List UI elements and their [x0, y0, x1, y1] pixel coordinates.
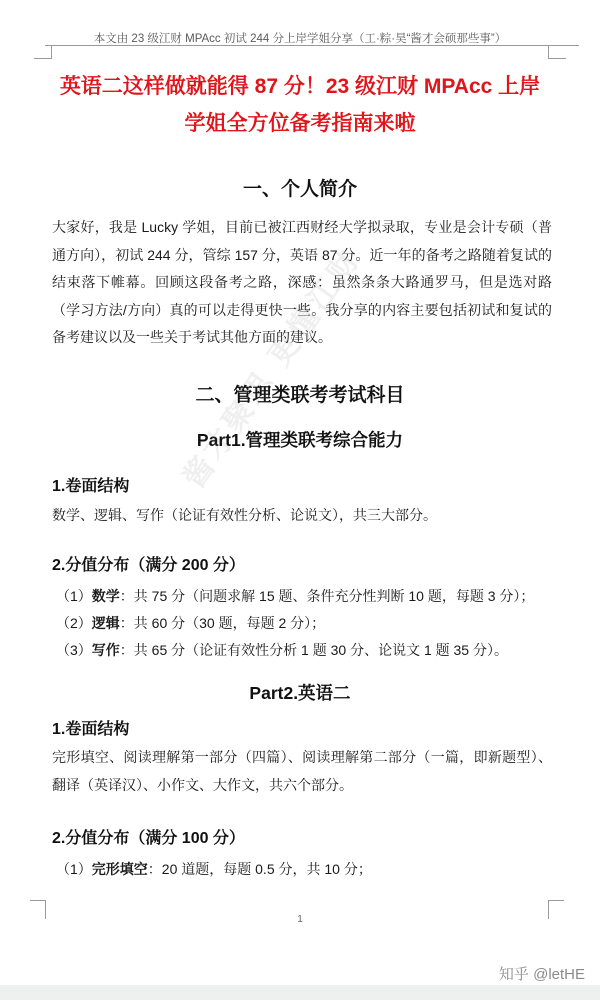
crop-mark-top-right — [548, 46, 566, 59]
item-text: ：共 75 分（问题求解 15 题、条件充分性判断 10 题，每题 3 分）； — [120, 588, 535, 604]
score-item-logic: （2）逻辑：共 60 分（30 题，每题 2 分）； — [56, 613, 325, 633]
item-number: （2） — [56, 615, 92, 631]
part2-score-heading: 2.分值分布（满分 100 分） — [52, 825, 245, 848]
item-number: （1） — [56, 588, 92, 604]
score-item-writing: （3）写作：共 65 分（论证有效性分析 1 题 30 分、论说文 1 题 35… — [56, 640, 508, 660]
item-number: （3） — [56, 642, 92, 658]
item-label: 数学 — [92, 588, 120, 604]
part2-structure-text: 完形填空、阅读理解第一部分（四篇）、阅读理解第二部分（一篇，即新题型）、翻译（英… — [52, 744, 552, 799]
part1-score-heading: 2.分值分布（满分 200 分） — [52, 552, 245, 575]
page-number: 1 — [0, 914, 600, 925]
zhihu-watermark: 知乎 @letHE — [499, 963, 585, 984]
item-number: （1） — [56, 861, 92, 877]
section-heading-subjects: 二、管理类联考考试科目 — [0, 380, 600, 407]
part1-heading: Part1.管理类联考综合能力 — [0, 427, 600, 452]
score-item-cloze: （1）完形填空：20 道题，每题 0.5 分，共 10 分； — [56, 859, 372, 879]
score-item-math: （1）数学：共 75 分（问题求解 15 题、条件充分性判断 10 题，每题 3… — [56, 586, 534, 606]
item-text: ：20 道题，每题 0.5 分，共 10 分； — [148, 861, 372, 877]
section-heading-intro: 一、个人简介 — [0, 174, 600, 201]
item-label: 完形填空 — [92, 861, 148, 877]
document-title: 英语二这样做就能得 87 分！23 级江财 MPAcc 上岸 学姐全方位备考指南… — [40, 68, 560, 142]
document-page: 本文由 23 级江财 MPAcc 初试 244 分上岸学姐分享（工·粽·昊“酱才… — [0, 0, 600, 985]
header-divider — [45, 45, 579, 46]
title-line-2: 学姐全方位备考指南来啦 — [40, 105, 560, 142]
item-text: ：共 60 分（30 题，每题 2 分）； — [120, 615, 325, 631]
item-text: ：共 65 分（论证有效性分析 1 题 30 分、论说文 1 题 35 分）。 — [120, 642, 508, 658]
part1-structure-text: 数学、逻辑、写作（论证有效性分析、论说文），共三大部分。 — [52, 505, 437, 525]
part2-heading: Part2.英语二 — [0, 680, 600, 705]
bottom-bar — [0, 985, 600, 1000]
part1-structure-heading: 1.卷面结构 — [52, 473, 129, 496]
title-line-1: 英语二这样做就能得 87 分！23 级江财 MPAcc 上岸 — [40, 68, 560, 105]
item-label: 逻辑 — [92, 615, 120, 631]
part2-structure-heading: 1.卷面结构 — [52, 716, 129, 739]
running-header: 本文由 23 级江财 MPAcc 初试 244 分上岸学姐分享（工·粽·昊“酱才… — [0, 30, 600, 46]
crop-mark-top-left — [34, 46, 52, 59]
item-label: 写作 — [92, 642, 120, 658]
